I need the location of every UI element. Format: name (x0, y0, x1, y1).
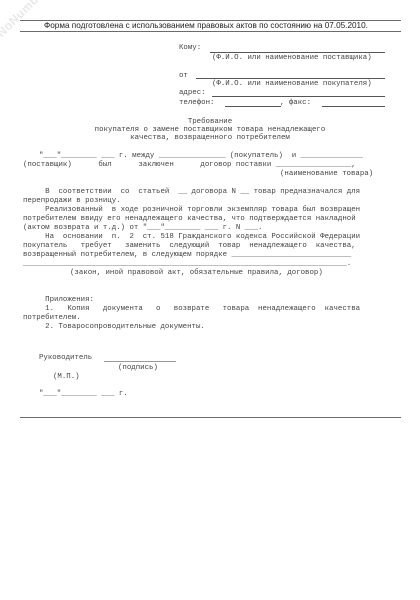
attachments-heading: Приложения: (23, 296, 94, 305)
address-field[interactable] (212, 96, 385, 97)
para-2-line-2: потребителем ввиду его ненадлежащего кач… (23, 215, 356, 224)
banner-bottom-rule (20, 31, 401, 32)
para-1-line-1: В соответствии со статьей __ договора N … (23, 188, 360, 197)
attachment-1-line-1: 1. Копия документа о возврате товара нен… (23, 305, 360, 314)
stamp-label: (М.П.) (53, 373, 80, 382)
phone-label: телефон: (179, 99, 214, 108)
from-hint: (Ф.И.О. или наименование покупателя) (212, 80, 372, 89)
para-2-line-3: (актом возврата и т.д.) от "___"________… (23, 224, 263, 233)
fax-field[interactable] (322, 106, 385, 107)
contract-line-1: "___"________ ___ г. между _____________… (39, 152, 363, 161)
para-2-line-1: Реализованный в ходе розничной торговли … (23, 206, 360, 215)
to-label: Кому: (179, 44, 201, 53)
contract-line-2: (поставщик) был заключен договор поставк… (23, 161, 356, 170)
address-label: адрес: (179, 89, 206, 98)
to-hint: (Ф.И.О. или наименование поставщика) (212, 54, 372, 63)
para-3-line-4: ________________________________________… (23, 260, 351, 269)
phone-field[interactable] (225, 106, 281, 107)
para-3-line-3: возвращенный потребителем, в следующем п… (23, 251, 351, 260)
to-field[interactable] (210, 52, 385, 53)
from-label: от (179, 72, 188, 81)
signature-hint: (подпись) (118, 364, 158, 373)
signature-date: "___"________ ___ г. (39, 390, 128, 399)
law-hint: (закон, иной правовой акт, обязательные … (70, 269, 323, 278)
attachment-1-line-2: потребителем. (23, 314, 81, 323)
goods-hint: (наименование товара) (280, 170, 373, 179)
doc-subtitle-2: качества, возвращенного потребителем (0, 134, 420, 143)
form-banner: Форма подготовлена с использованием прав… (44, 21, 368, 30)
bottom-rule (20, 417, 401, 418)
para-3-line-2: покупатель требует заменить следующий то… (23, 242, 356, 251)
signature-field[interactable] (104, 361, 176, 362)
fax-label: , факс: (280, 99, 311, 108)
attachment-2: 2. Товаросопроводительные документы. (23, 323, 205, 332)
head-label: Руководитель (39, 354, 92, 363)
para-3-line-1: На основании п. 2 ст. 518 Гражданского к… (23, 233, 360, 242)
para-1-line-2: перепродажи в розницу. (23, 197, 121, 206)
from-field[interactable] (196, 78, 385, 79)
